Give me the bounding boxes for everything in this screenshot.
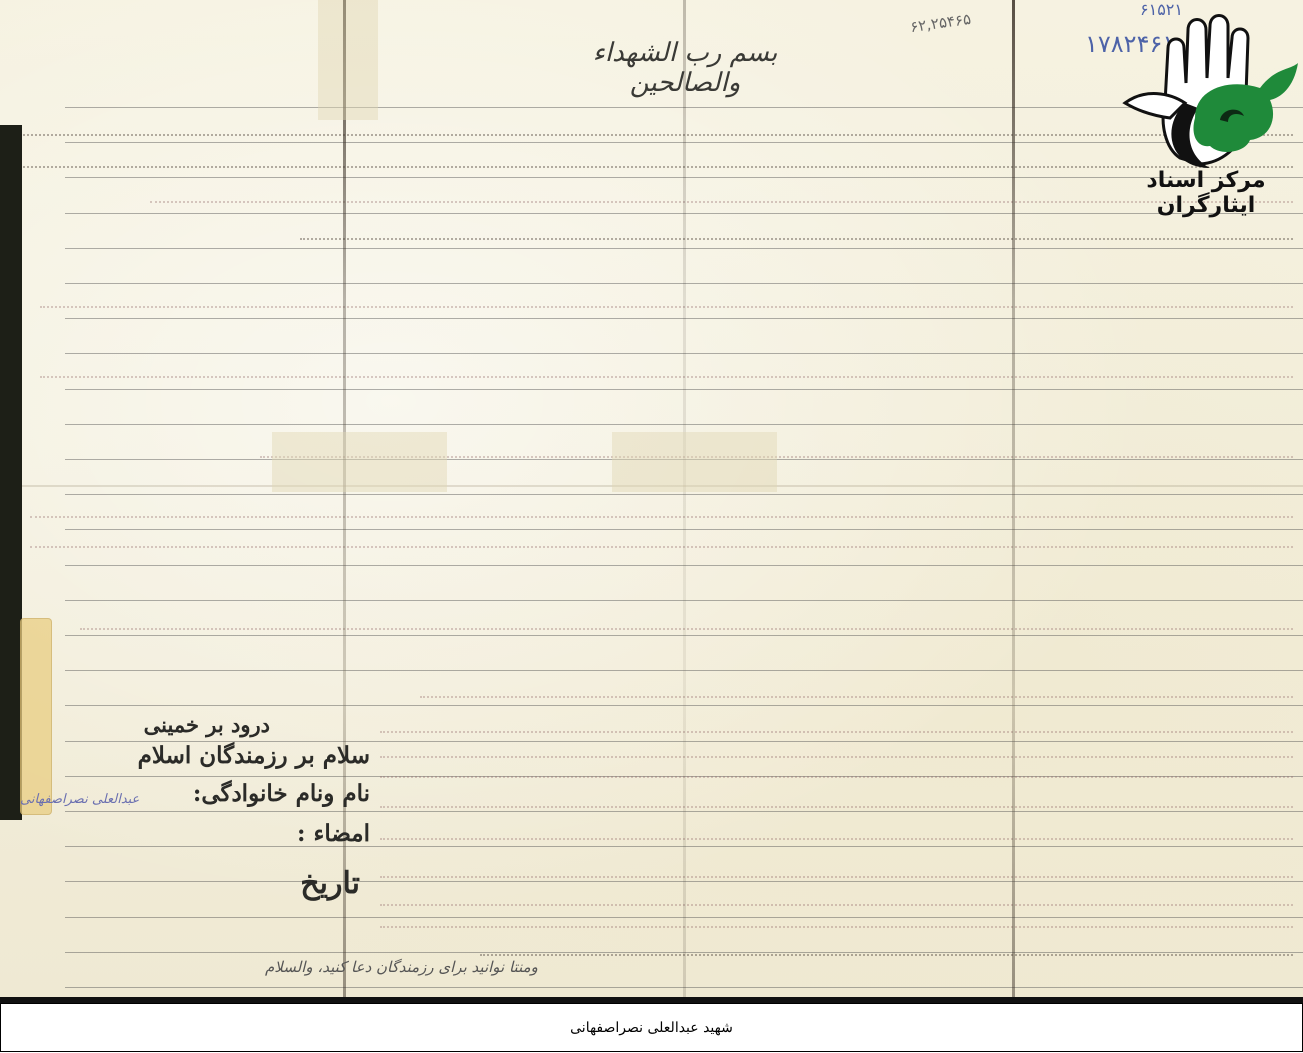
tape-patch	[318, 0, 378, 120]
handwritten-line	[380, 888, 1293, 906]
date-label: تاریخ	[130, 854, 360, 914]
handwritten-line	[30, 530, 1293, 548]
caption-text: شهید عبدالعلی نصراصفهانی	[570, 1020, 733, 1036]
handwritten-line	[380, 760, 1293, 778]
tape-patch	[272, 432, 447, 492]
handwritten-line	[380, 910, 1293, 928]
archive-number: ۶۲,۲۵۴۶۵	[909, 10, 972, 36]
name-value: عبدالعلی نصراصفهانی	[20, 792, 139, 807]
handwritten-line	[420, 680, 1293, 698]
closing-line: درود بر خمینی	[130, 712, 270, 738]
fold-crease	[1012, 0, 1015, 1003]
handwritten-line	[480, 938, 1293, 956]
handwritten-line	[380, 740, 1293, 758]
tape-strip	[20, 618, 52, 815]
handwritten-line	[300, 222, 1293, 240]
logo-text: مرکز اسناد ایثارگران	[1112, 168, 1300, 218]
handwritten-line	[380, 822, 1293, 840]
tape-patch	[612, 432, 777, 492]
closing-block: درود بر خمینی سلام بر رزمندگان اسلام نام…	[130, 712, 370, 914]
handwritten-line	[10, 118, 1293, 136]
caption-bar: شهید عبدالعلی نصراصفهانی	[0, 1003, 1303, 1052]
name-label: نام ونام خانوادگی:	[130, 774, 370, 814]
handwritten-line	[0, 150, 1293, 168]
scanner-background	[0, 125, 22, 820]
handwritten-line	[40, 290, 1293, 308]
scanned-document: بسم رب الشهداء والصالحین ۶۲,۲۵۴۶۵ ۱۷۸۲۴۶…	[0, 0, 1303, 1003]
document-header-title: بسم رب الشهداء والصالحین	[545, 38, 825, 98]
signature-label: امضاء :	[130, 814, 370, 854]
handwritten-line	[80, 612, 1293, 630]
fold-crease	[683, 0, 686, 1003]
handwritten-line	[40, 360, 1293, 378]
handwritten-line	[380, 715, 1293, 733]
handwritten-line	[30, 500, 1293, 518]
closing-line: سلام بر رزمندگان اسلام	[130, 738, 370, 774]
handwritten-line	[380, 860, 1293, 878]
handwritten-line	[380, 790, 1293, 808]
handwritten-closing: ومنتا نوانید برای رزمندگان دعا کنید، وال…	[265, 958, 538, 976]
